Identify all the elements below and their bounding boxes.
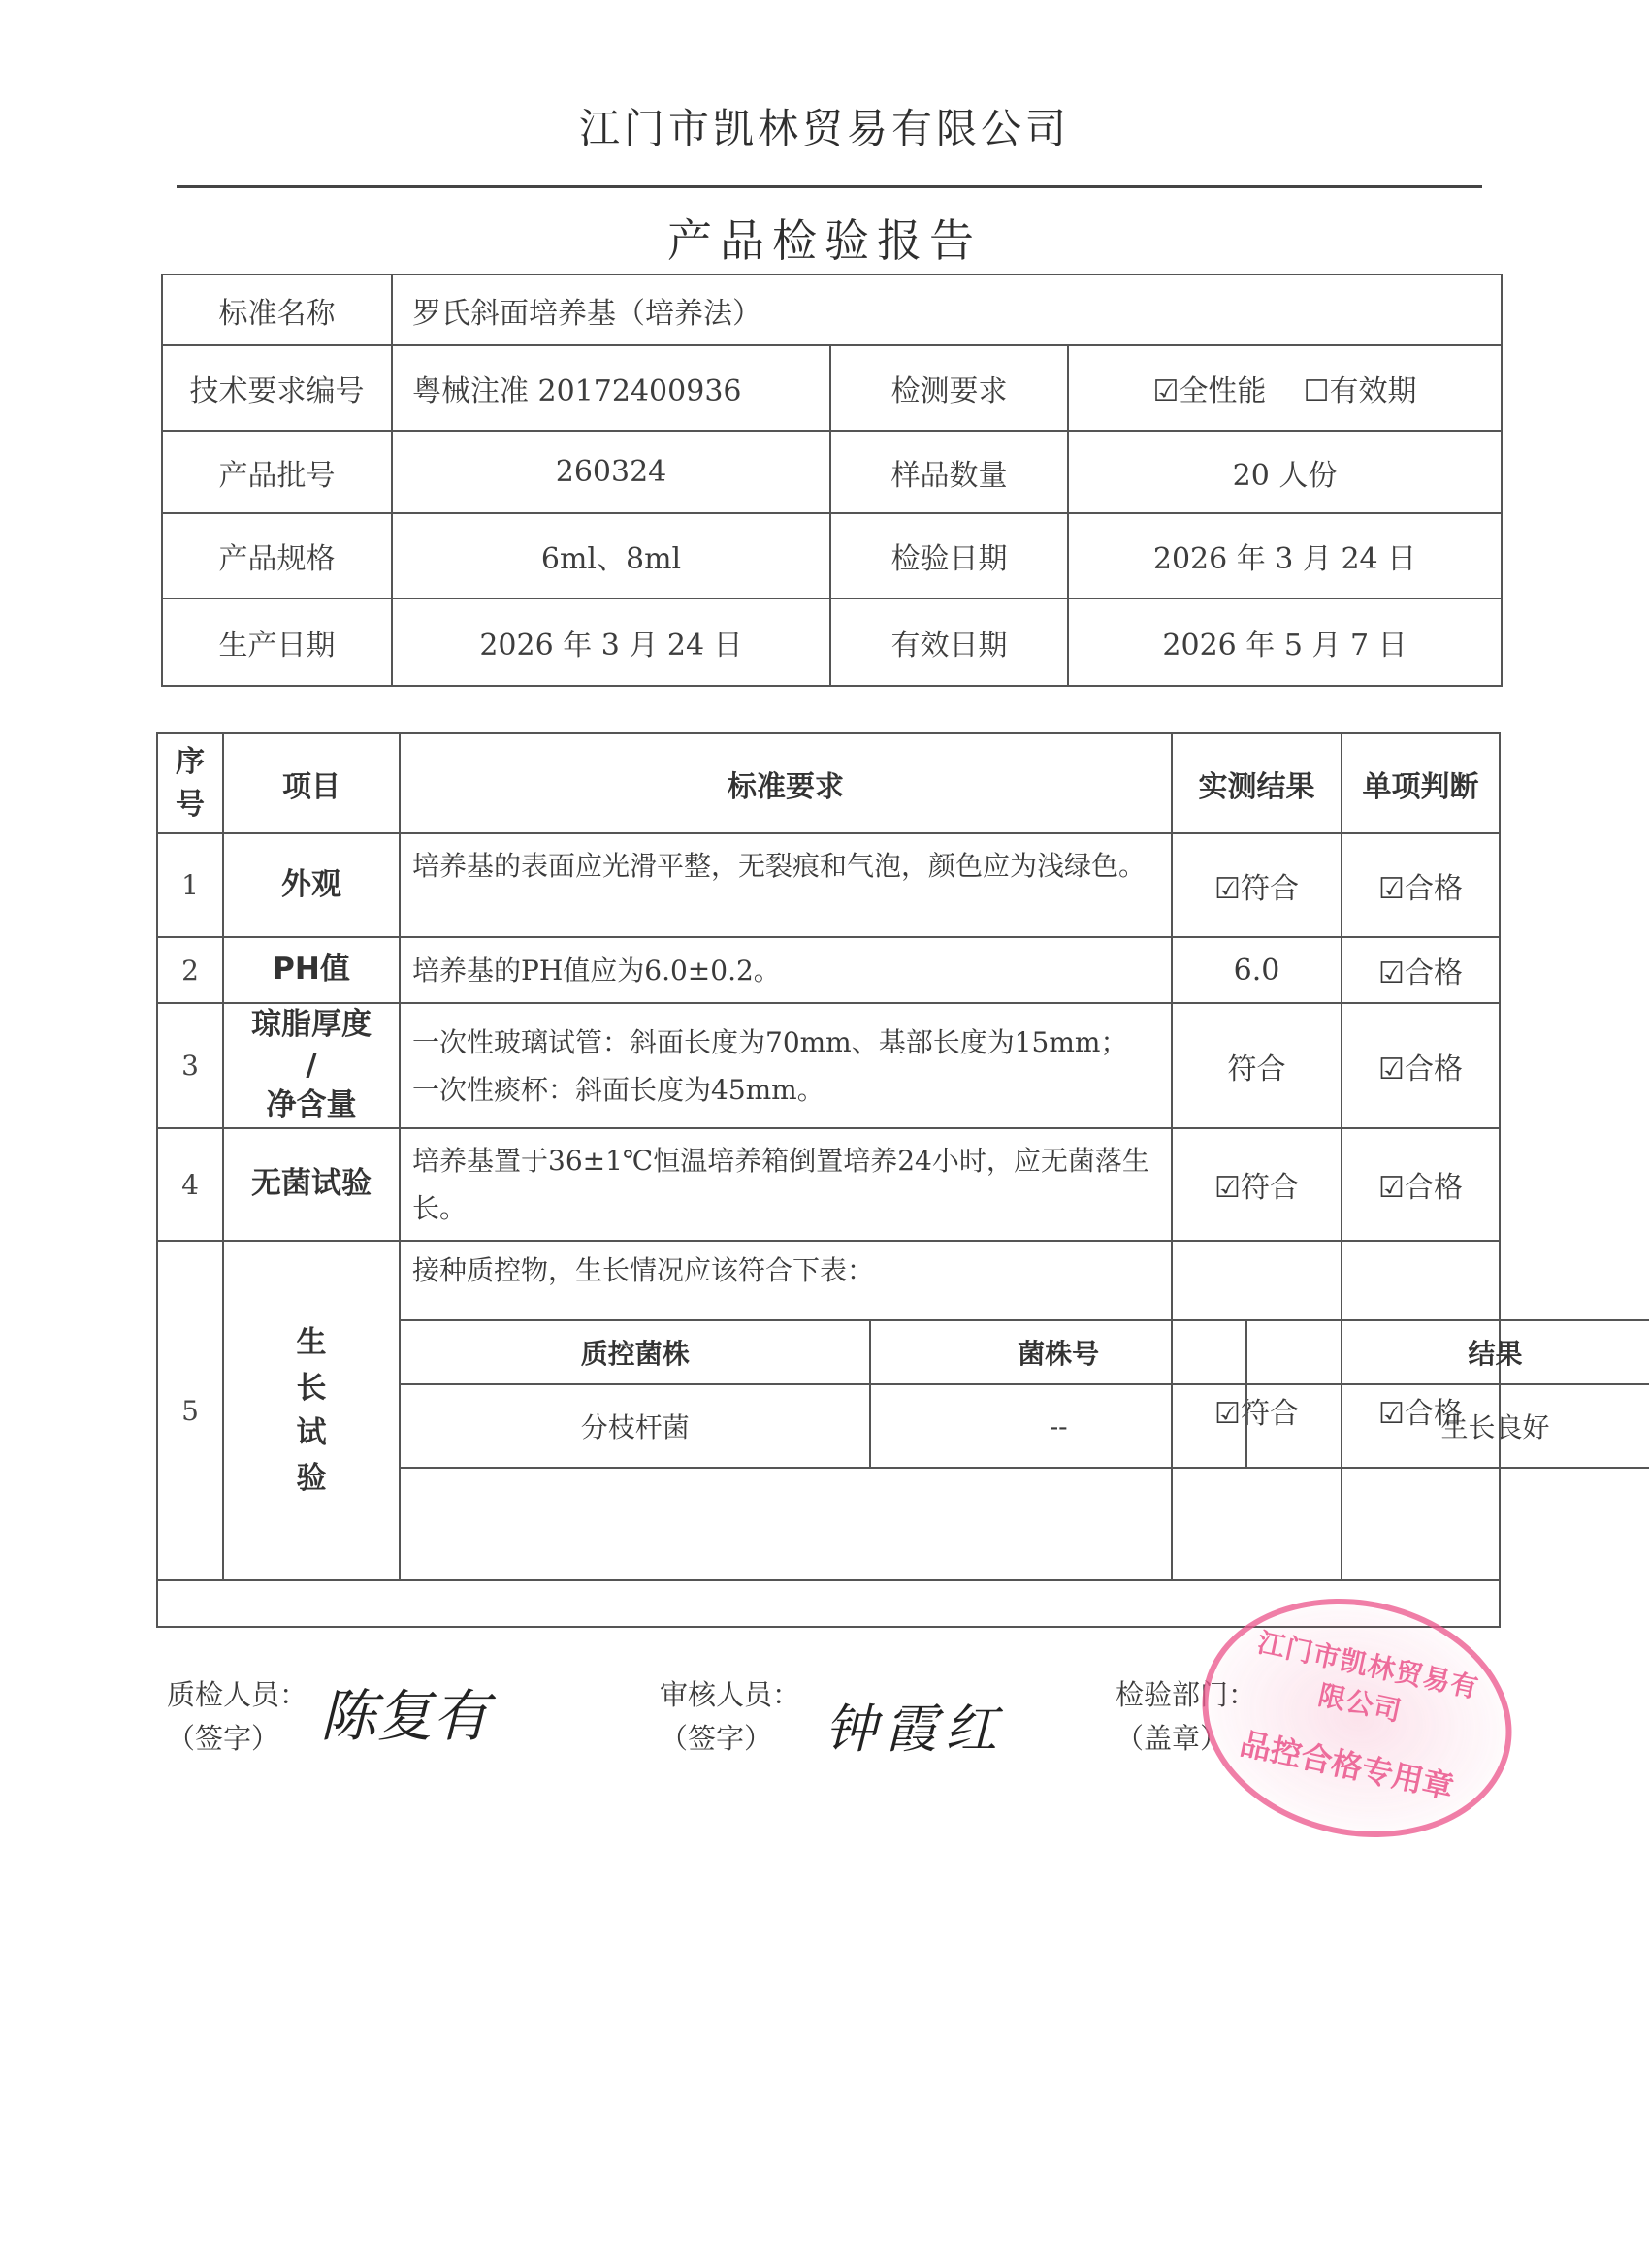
full-performance-checkbox: ☑全性能 xyxy=(1153,367,1267,409)
row-measured: 6.0 xyxy=(1172,937,1342,1003)
inspector-label: 质检人员： xyxy=(167,1673,307,1717)
test-results-table: 序 号 项目 标准要求 实测结果 单项判断 1 外观 培养基的表面应光滑平整，无… xyxy=(156,732,1501,1628)
row-seq: 2 xyxy=(157,937,223,1003)
inspection-date-value: 2026 年 3 月 24 日 xyxy=(1068,513,1502,599)
table-row: 2 PH值 培养基的PH值应为6.0±0.2。 6.0 ☑合格 xyxy=(157,937,1500,1003)
row-item-line1: 琼脂厚度 xyxy=(224,1005,399,1046)
validity-checkbox: ☐有效期 xyxy=(1304,367,1417,409)
row-item-line2: / xyxy=(224,1046,399,1086)
row-item-char: 验 xyxy=(224,1456,399,1502)
inspector-block: 质检人员： （签字） xyxy=(167,1673,307,1761)
row-item: 生 长 试 验 xyxy=(223,1241,400,1580)
strain-header: 质控菌株 xyxy=(401,1320,870,1384)
row-requirement: 培养基的表面应光滑平整，无裂痕和气泡，颜色应为浅绿色。 xyxy=(400,833,1172,937)
row-item-char: 生 xyxy=(224,1320,399,1366)
test-requirement-options: ☑全性能 ☐有效期 xyxy=(1068,345,1502,431)
row-measured: ☑符合 xyxy=(1172,833,1342,937)
company-name: 江门市凯林贸易有限公司 xyxy=(0,97,1649,155)
row-requirement: 培养基的PH值应为6.0±0.2。 xyxy=(400,937,1172,1003)
production-date-value: 2026 年 3 月 24 日 xyxy=(392,599,830,686)
product-info-table: 标准名称 罗氏斜面培养基（培养法） 技术要求编号 粤械注准 2017240093… xyxy=(161,274,1503,687)
sample-qty-label: 样品数量 xyxy=(830,431,1068,513)
row-seq: 1 xyxy=(157,833,223,937)
info-row-standard-name: 标准名称 罗氏斜面培养基（培养法） xyxy=(162,275,1502,345)
reviewer-block: 审核人员： （签字） xyxy=(660,1673,800,1761)
table-row: 4 无菌试验 培养基置于36±1℃恒温培养箱倒置培养24小时，应无菌落生长。 ☑… xyxy=(157,1128,1500,1241)
spec-label: 产品规格 xyxy=(162,513,392,599)
seq-header-line1: 序 xyxy=(158,741,222,784)
reviewer-sub: （签字） xyxy=(660,1717,800,1761)
table-row: 5 生 长 试 验 接种质控物，生长情况应该符合下表： 质控菌株 菌株号 结果 … xyxy=(157,1241,1500,1580)
row-seq: 5 xyxy=(157,1241,223,1580)
report-title: 产品检验报告 xyxy=(0,206,1649,270)
row-judgement: ☑合格 xyxy=(1342,833,1500,937)
row-requirement-line1: 一次性玻璃试管：斜面长度为70mm、基部长度为15mm； xyxy=(412,1019,1159,1066)
expiry-date-value: 2026 年 5 月 7 日 xyxy=(1068,599,1502,686)
batch-no-value: 260324 xyxy=(392,431,830,513)
info-row-spec: 产品规格 6ml、8ml 检验日期 2026 年 3 月 24 日 xyxy=(162,513,1502,599)
results-header-row: 序 号 项目 标准要求 实测结果 单项判断 xyxy=(157,733,1500,833)
info-row-dates: 生产日期 2026 年 3 月 24 日 有效日期 2026 年 5 月 7 日 xyxy=(162,599,1502,686)
reviewer-signature: 钟霞红 xyxy=(824,1688,1005,1763)
standard-name-value: 罗氏斜面培养基（培养法） xyxy=(392,275,1502,345)
seq-header: 序 号 xyxy=(157,733,223,833)
result-header: 结果 xyxy=(1246,1320,1649,1384)
judgement-header: 单项判断 xyxy=(1342,733,1500,833)
tech-req-no-label: 技术要求编号 xyxy=(162,345,392,431)
strain-no-header: 菌株号 xyxy=(870,1320,1246,1384)
row-judgement: ☑合格 xyxy=(1342,1003,1500,1128)
row-item: 琼脂厚度 / 净含量 xyxy=(223,1003,400,1128)
growth-requirement-intro: 接种质控物，生长情况应该符合下表： xyxy=(401,1242,1171,1319)
row-seq: 4 xyxy=(157,1128,223,1241)
row-judgement: ☑合格 xyxy=(1342,937,1500,1003)
item-header: 项目 xyxy=(223,733,400,833)
row-item: 无菌试验 xyxy=(223,1128,400,1241)
row-judgement: ☑合格 xyxy=(1342,1128,1500,1241)
subtable-header-row: 质控菌株 菌株号 结果 xyxy=(401,1320,1649,1384)
row-measured: 符合 xyxy=(1172,1003,1342,1128)
row-item-char: 长 xyxy=(224,1366,399,1411)
batch-no-label: 产品批号 xyxy=(162,431,392,513)
inspector-signature: 陈复有 xyxy=(320,1670,489,1752)
test-requirement-label: 检测要求 xyxy=(830,345,1068,431)
row-seq: 3 xyxy=(157,1003,223,1128)
growth-subtable: 质控菌株 菌株号 结果 分枝杆菌 -- 生长良好 xyxy=(401,1319,1649,1469)
inspector-sub: （签字） xyxy=(167,1717,307,1761)
strain-name: 分枝杆菌 xyxy=(401,1384,870,1468)
row-item-line3: 净含量 xyxy=(224,1085,399,1126)
spec-value: 6ml、8ml xyxy=(392,513,830,599)
table-row: 3 琼脂厚度 / 净含量 一次性玻璃试管：斜面长度为70mm、基部长度为15mm… xyxy=(157,1003,1500,1128)
tech-req-no-value: 粤械注准 20172400936 xyxy=(392,345,830,431)
production-date-label: 生产日期 xyxy=(162,599,392,686)
table-row: 1 外观 培养基的表面应光滑平整，无裂痕和气泡，颜色应为浅绿色。 ☑符合 ☑合格 xyxy=(157,833,1500,937)
row-item: PH值 xyxy=(223,937,400,1003)
requirement-header: 标准要求 xyxy=(400,733,1172,833)
info-row-tech-req: 技术要求编号 粤械注准 20172400936 检测要求 ☑全性能 ☐有效期 xyxy=(162,345,1502,431)
reviewer-label: 审核人员： xyxy=(660,1673,800,1717)
seq-header-line2: 号 xyxy=(158,784,222,826)
sample-qty-value: 20 人份 xyxy=(1068,431,1502,513)
row-item-char: 试 xyxy=(224,1410,399,1456)
row-item: 外观 xyxy=(223,833,400,937)
header-divider xyxy=(177,185,1482,188)
row-requirement: 接种质控物，生长情况应该符合下表： 质控菌株 菌株号 结果 分枝杆菌 -- 生长… xyxy=(400,1241,1172,1580)
measured-header: 实测结果 xyxy=(1172,733,1342,833)
expiry-date-label: 有效日期 xyxy=(830,599,1068,686)
standard-name-label: 标准名称 xyxy=(162,275,392,345)
subtable-row: 分枝杆菌 -- 生长良好 xyxy=(401,1384,1649,1468)
row-requirement: 一次性玻璃试管：斜面长度为70mm、基部长度为15mm； 一次性痰杯：斜面长度为… xyxy=(400,1003,1172,1128)
strain-no: -- xyxy=(870,1384,1246,1468)
inspection-date-label: 检验日期 xyxy=(830,513,1068,599)
row-measured: ☑符合 xyxy=(1172,1128,1342,1241)
info-row-batch: 产品批号 260324 样品数量 20 人份 xyxy=(162,431,1502,513)
row-requirement: 培养基置于36±1℃恒温培养箱倒置培养24小时，应无菌落生长。 xyxy=(400,1128,1172,1241)
strain-result: 生长良好 xyxy=(1246,1384,1649,1468)
row-requirement-line2: 一次性痰杯：斜面长度为45mm。 xyxy=(412,1066,1159,1114)
